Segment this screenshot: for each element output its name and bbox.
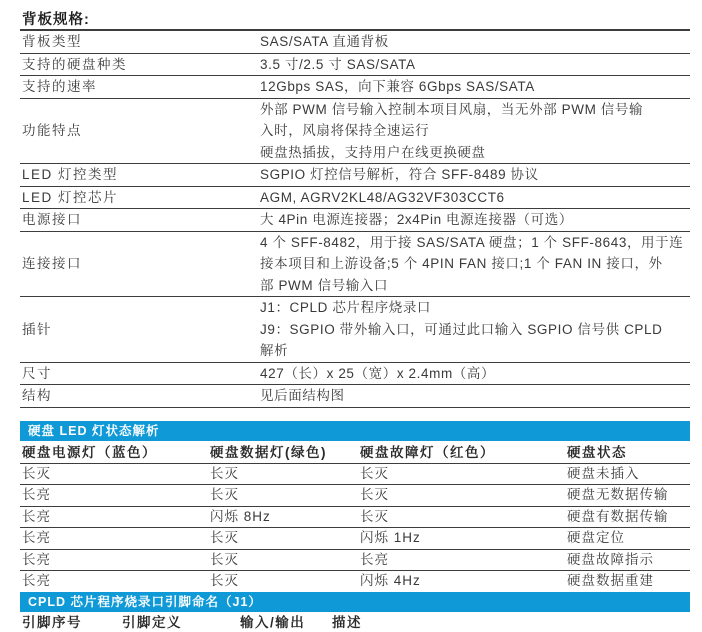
led-table-row: 长亮 长灭 长灭 硬盘无数据传输: [20, 485, 690, 507]
cpld-table-header-row: 引脚序号 引脚定义 输入/输出 描述: [20, 612, 690, 631]
spec-label: 电源接口: [20, 209, 260, 231]
spec-value: SGPIO 灯控信号解析，符合 SFF-8489 协议: [260, 164, 690, 186]
spec-label: 支持的硬盘种类: [20, 54, 260, 76]
spec-value: 见后面结构图: [260, 385, 690, 407]
led-table-row: 长亮 长灭 闪烁 4Hz 硬盘数据重建: [20, 571, 690, 592]
led-cell: 长灭: [210, 464, 360, 485]
spec-label: 功能特点: [20, 120, 260, 142]
led-cell: 长灭: [210, 550, 360, 571]
led-cell: 长灭: [210, 528, 360, 549]
spec-table: 背板类型 SAS/SATA 直通背板 支持的硬盘种类 3.5 寸/2.5 寸 S…: [20, 29, 690, 408]
led-table-row: 长亮 长灭 闪烁 1Hz 硬盘定位: [20, 528, 690, 550]
led-cell: 长灭: [210, 485, 360, 506]
led-table: 硬盘电源灯（蓝色） 硬盘数据灯(绿色) 硬盘故障灯（红色） 硬盘状态 长灭 长灭…: [20, 441, 690, 592]
led-cell: 长灭: [360, 507, 567, 528]
spec-document: 背板规格: 背板类型 SAS/SATA 直通背板 支持的硬盘种类 3.5 寸/2…: [0, 0, 702, 632]
spec-value: 12Gbps SAS，向下兼容 6Gbps SAS/SATA: [260, 76, 690, 98]
spec-row-speed: 支持的速率 12Gbps SAS，向下兼容 6Gbps SAS/SATA: [20, 76, 690, 99]
led-cell: 长亮: [20, 550, 210, 571]
spec-value: SAS/SATA 直通背板: [260, 31, 690, 53]
spec-value: 427（长）x 25（宽）x 2.4mm（高）: [260, 363, 690, 385]
spec-label: 背板类型: [20, 31, 260, 53]
document-page: { "colors": { "accent_blue": "#0f9ad7", …: [0, 0, 702, 632]
led-cell: 闪烁 8Hz: [210, 507, 360, 528]
spec-label: LED 灯控芯片: [20, 187, 260, 209]
spec-row-connectors: 连接接口 4 个 SFF-8482，用于接 SAS/SATA 硬盘；1 个 SF…: [20, 232, 690, 298]
spec-value: AGM, AGRV2KL48/AG32VF303CCT6: [260, 187, 690, 209]
spec-row-features: 功能特点 外部 PWM 信号输入控制本项目风扇，当无外部 PWM 信号输 入时，…: [20, 99, 690, 165]
spec-row-led-chip: LED 灯控芯片 AGM, AGRV2KL48/AG32VF303CCT6: [20, 187, 690, 210]
spec-row-power-connector: 电源接口 大 4Pin 电源连接器；2x4Pin 电源连接器（可选）: [20, 209, 690, 232]
led-cell: 硬盘无数据传输: [567, 485, 690, 506]
led-col-status-header: 硬盘状态: [567, 442, 690, 463]
led-cell: 长灭: [210, 571, 360, 592]
led-cell: 长亮: [360, 550, 567, 571]
page-title: 背板规格:: [22, 12, 690, 28]
spec-row-drive-types: 支持的硬盘种类 3.5 寸/2.5 寸 SAS/SATA: [20, 54, 690, 77]
spec-label: 尺寸: [20, 363, 260, 385]
cpld-col-pin-define-header: 引脚定义: [122, 614, 240, 631]
led-cell: 长灭: [360, 464, 567, 485]
led-cell: 长灭: [20, 464, 210, 485]
led-col-data-header: 硬盘数据灯(绿色): [210, 442, 360, 463]
spec-label: 连接接口: [20, 253, 260, 275]
led-table-row: 长亮 闪烁 8Hz 长灭 硬盘有数据传输: [20, 507, 690, 529]
spec-label: 结构: [20, 385, 260, 407]
spec-value: 3.5 寸/2.5 寸 SAS/SATA: [260, 54, 690, 76]
cpld-table: 引脚序号 引脚定义 输入/输出 描述: [20, 612, 690, 632]
spec-label: 支持的速率: [20, 76, 260, 98]
spec-value: 外部 PWM 信号输入控制本项目风扇，当无外部 PWM 信号输 入时，风扇将保持…: [260, 99, 690, 164]
led-section-header: 硬盘 LED 灯状态解析: [20, 421, 690, 441]
spec-row-backplane-type: 背板类型 SAS/SATA 直通背板: [20, 31, 690, 54]
led-cell: 长亮: [20, 571, 210, 592]
spec-label: LED 灯控类型: [20, 164, 260, 186]
spec-row-structure: 结构 见后面结构图: [20, 385, 690, 408]
cpld-section-header: CPLD 芯片程序烧录口引脚命名（J1）: [20, 592, 690, 612]
led-cell: 长亮: [20, 528, 210, 549]
spec-value: J1：CPLD 芯片程序烧录口 J9：SGPIO 带外输入口，可通过此口输入 S…: [260, 297, 690, 362]
spec-label: 插针: [20, 319, 260, 341]
led-cell: 长灭: [360, 485, 567, 506]
led-cell: 硬盘故障指示: [567, 550, 690, 571]
led-cell: 闪烁 1Hz: [360, 528, 567, 549]
cpld-col-io-header: 输入/输出: [240, 614, 332, 631]
spec-value: 4 个 SFF-8482，用于接 SAS/SATA 硬盘；1 个 SFF-864…: [260, 232, 690, 297]
led-table-header-row: 硬盘电源灯（蓝色） 硬盘数据灯(绿色) 硬盘故障灯（红色） 硬盘状态: [20, 441, 690, 464]
led-col-power-header: 硬盘电源灯（蓝色）: [20, 442, 210, 463]
cpld-col-desc-header: 描述: [332, 614, 690, 631]
spec-row-dimensions: 尺寸 427（长）x 25（宽）x 2.4mm（高）: [20, 363, 690, 386]
led-cell: 硬盘未插入: [567, 464, 690, 485]
spec-value: 大 4Pin 电源连接器；2x4Pin 电源连接器（可选）: [260, 209, 690, 231]
led-cell: 长亮: [20, 485, 210, 506]
led-cell: 硬盘数据重建: [567, 571, 690, 592]
led-cell: 硬盘有数据传输: [567, 507, 690, 528]
spec-row-led-control-type: LED 灯控类型 SGPIO 灯控信号解析，符合 SFF-8489 协议: [20, 164, 690, 187]
led-cell: 长亮: [20, 507, 210, 528]
led-table-row: 长灭 长灭 长灭 硬盘未插入: [20, 464, 690, 486]
led-col-fault-header: 硬盘故障灯（红色）: [360, 442, 567, 463]
led-cell: 闪烁 4Hz: [360, 571, 567, 592]
led-table-row: 长亮 长灭 长亮 硬盘故障指示: [20, 550, 690, 572]
cpld-col-pin-number-header: 引脚序号: [20, 614, 122, 631]
led-cell: 硬盘定位: [567, 528, 690, 549]
spec-row-pin-headers: 插针 J1：CPLD 芯片程序烧录口 J9：SGPIO 带外输入口，可通过此口输…: [20, 297, 690, 363]
